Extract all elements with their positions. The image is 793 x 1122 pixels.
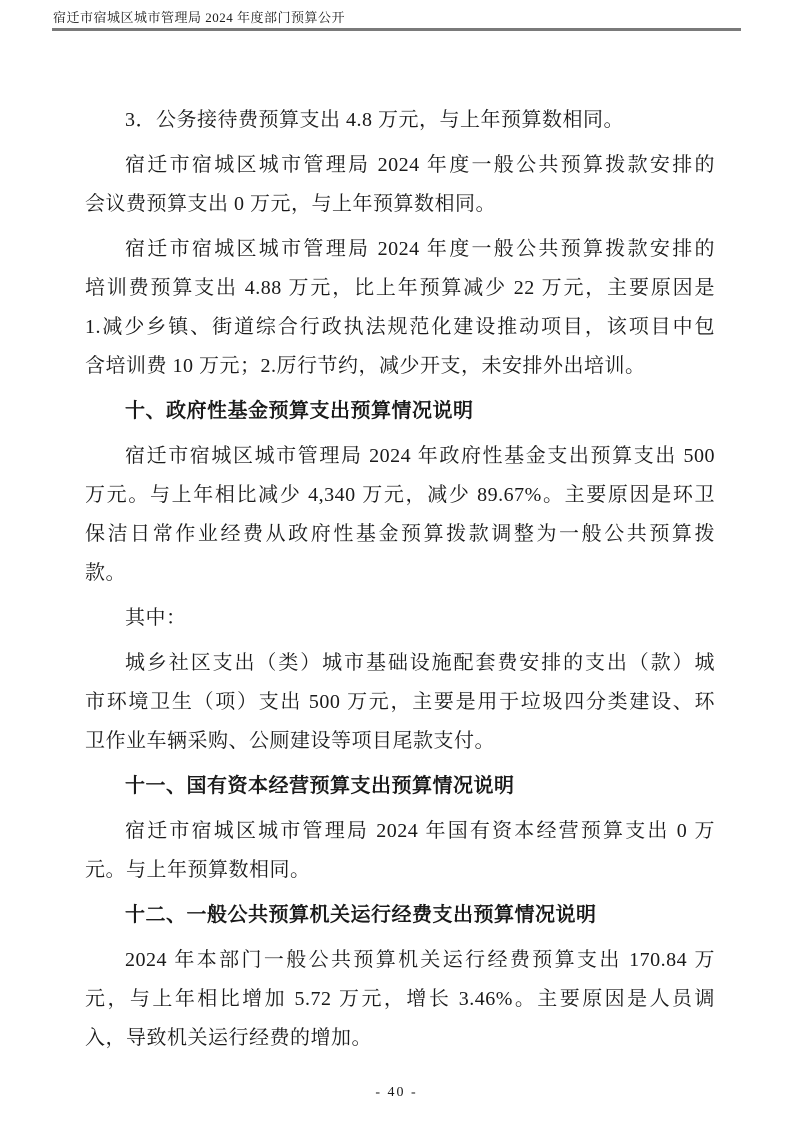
text-line: 培训费预算支出 4.88 万元，比上年预算减少 22 万元，主要原因是 — [85, 269, 715, 308]
paragraph: 3．公务接待费预算支出 4.8 万元，与上年预算数相同。 — [85, 101, 715, 140]
document-body: 3．公务接待费预算支出 4.8 万元，与上年预算数相同。宿迁市宿城区城市管理局 … — [85, 101, 715, 1058]
section-heading: 十二、一般公共预算机关运行经费支出预算情况说明 — [85, 896, 715, 935]
text-line: 宿迁市宿城区城市管理局 2024 年度一般公共预算拨款安排的 — [85, 146, 715, 185]
paragraph: 其中： — [85, 599, 715, 638]
paragraph: 宿迁市宿城区城市管理局 2024 年度一般公共预算拨款安排的会议费预算支出 0 … — [85, 146, 715, 224]
text-line: 其中： — [85, 599, 715, 638]
text-line: 宿迁市宿城区城市管理局 2024 年政府性基金支出预算支出 500 — [85, 437, 715, 476]
text-line: 市环境卫生（项）支出 500 万元，主要是用于垃圾四分类建设、环 — [85, 683, 715, 722]
header-title: 宿迁市宿城区城市管理局 2024 年度部门预算公开 — [53, 9, 345, 26]
text-line: 款。 — [85, 554, 715, 593]
text-line: 卫作业车辆采购、公厕建设等项目尾款支付。 — [85, 722, 715, 761]
text-line: 宿迁市宿城区城市管理局 2024 年国有资本经营预算支出 0 万 — [85, 812, 715, 851]
text-line: 2024 年本部门一般公共预算机关运行经费预算支出 170.84 万 — [85, 941, 715, 980]
text-line: 含培训费 10 万元；2.厉行节约，减少开支，未安排外出培训。 — [85, 347, 715, 386]
text-line: 保洁日常作业经费从政府性基金预算拨款调整为一般公共预算拨 — [85, 515, 715, 554]
text-line: 十一、国有资本经营预算支出预算情况说明 — [85, 767, 715, 806]
text-line: 入，导致机关运行经费的增加。 — [85, 1019, 715, 1058]
paragraph: 2024 年本部门一般公共预算机关运行经费预算支出 170.84 万元，与上年相… — [85, 941, 715, 1058]
paragraph: 宿迁市宿城区城市管理局 2024 年政府性基金支出预算支出 500万元。与上年相… — [85, 437, 715, 593]
text-line: 元。与上年预算数相同。 — [85, 851, 715, 890]
paragraph: 宿迁市宿城区城市管理局 2024 年度一般公共预算拨款安排的培训费预算支出 4.… — [85, 230, 715, 386]
section-heading: 十一、国有资本经营预算支出预算情况说明 — [85, 767, 715, 806]
page-number: - 40 - — [375, 1085, 417, 1100]
text-line: 十二、一般公共预算机关运行经费支出预算情况说明 — [85, 896, 715, 935]
paragraph: 城乡社区支出（类）城市基础设施配套费安排的支出（款）城市环境卫生（项）支出 50… — [85, 644, 715, 761]
text-line: 会议费预算支出 0 万元，与上年预算数相同。 — [85, 185, 715, 224]
text-line: 3．公务接待费预算支出 4.8 万元，与上年预算数相同。 — [85, 101, 715, 140]
paragraph: 宿迁市宿城区城市管理局 2024 年国有资本经营预算支出 0 万元。与上年预算数… — [85, 812, 715, 890]
text-line: 十、政府性基金预算支出预算情况说明 — [85, 392, 715, 431]
header-rule — [52, 28, 741, 31]
text-line: 万元。与上年相比减少 4,340 万元，减少 89.67%。主要原因是环卫 — [85, 476, 715, 515]
page-footer: - 40 - — [0, 1083, 793, 1102]
text-line: 城乡社区支出（类）城市基础设施配套费安排的支出（款）城 — [85, 644, 715, 683]
document-page: 宿迁市宿城区城市管理局 2024 年度部门预算公开 3．公务接待费预算支出 4.… — [0, 0, 793, 1122]
text-line: 元，与上年相比增加 5.72 万元，增长 3.46%。主要原因是人员调 — [85, 980, 715, 1019]
text-line: 宿迁市宿城区城市管理局 2024 年度一般公共预算拨款安排的 — [85, 230, 715, 269]
section-heading: 十、政府性基金预算支出预算情况说明 — [85, 392, 715, 431]
text-line: 1.减少乡镇、街道综合行政执法规范化建设推动项目，该项目中包 — [85, 308, 715, 347]
